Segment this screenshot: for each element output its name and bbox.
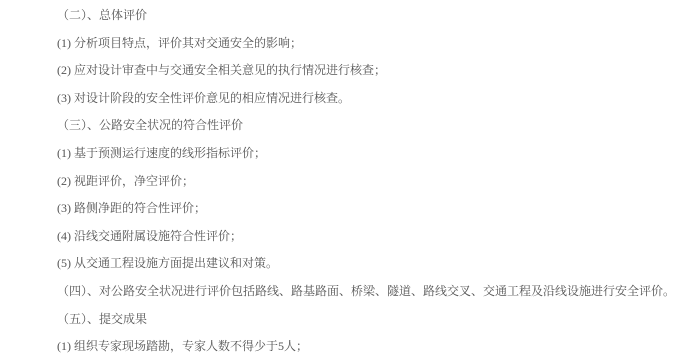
document-page: （二）、总体评价 (1) 分析项目特点，评价其对交通安全的影响； (2) 应对设… [0, 0, 692, 361]
section2-item-1: (1) 分析项目特点，评价其对交通安全的影响； [57, 35, 692, 51]
section-heading-2: （二）、总体评价 [57, 7, 692, 23]
section-heading-4: （四）、对公路安全状况进行评价包括路线、路基路面、桥梁、隧道、路线交叉、交通工程… [57, 283, 692, 299]
section3-item-4: (4) 沿线交通附属设施符合性评价； [57, 228, 692, 244]
section3-item-2: (2) 视距评价，净空评价； [57, 173, 692, 189]
section3-item-1: (1) 基于预测运行速度的线形指标评价； [57, 145, 692, 161]
section3-item-3: (3) 路侧净距的符合性评价； [57, 200, 692, 216]
section5-item-1: (1) 组织专家现场踏勘，专家人数不得少于5人； [57, 338, 692, 354]
section-heading-3: （三）、公路安全状况的符合性评价 [57, 117, 692, 133]
section-heading-5: （五）、提交成果 [57, 311, 692, 327]
section3-item-5: (5) 从交通工程设施方面提出建议和对策。 [57, 255, 692, 271]
section2-item-3: (3) 对设计阶段的安全性评价意见的相应情况进行核查。 [57, 90, 692, 106]
section2-item-2: (2) 应对设计审查中与交通安全相关意见的执行情况进行核查； [57, 62, 692, 78]
